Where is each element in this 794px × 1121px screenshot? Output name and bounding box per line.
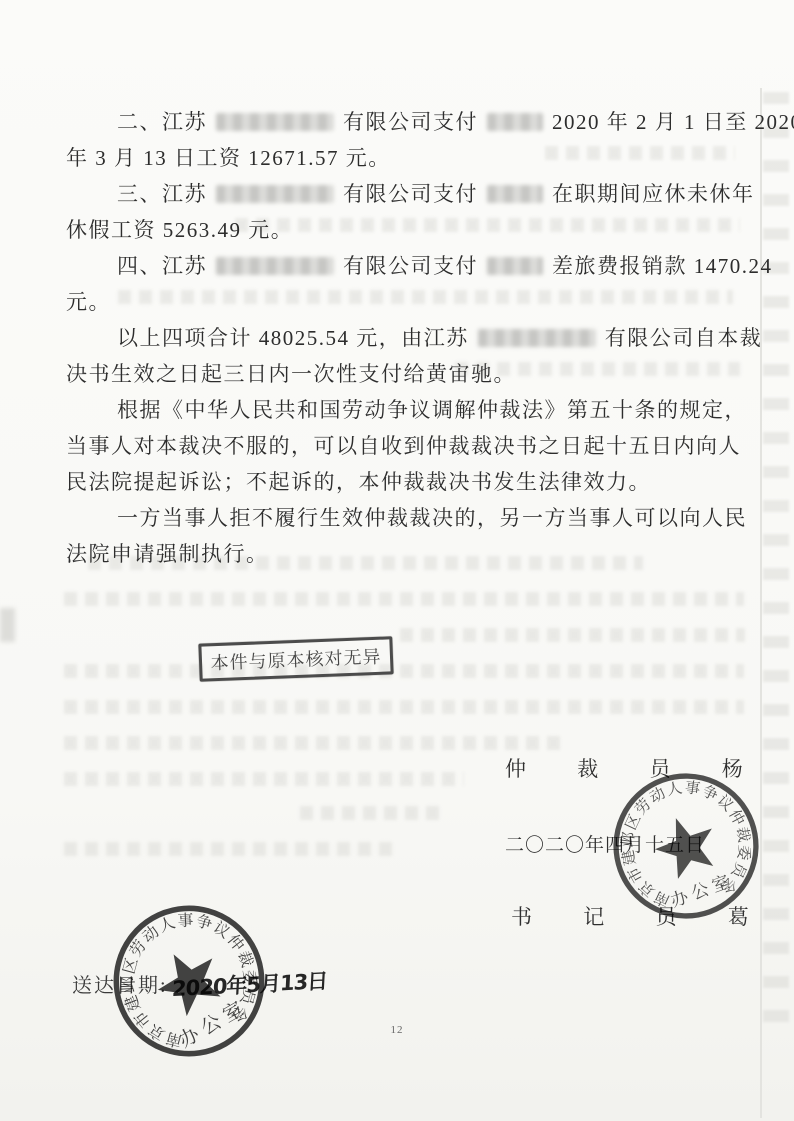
body-line: 一方当事人拒不履行生效仲裁裁决的，另一方当事人可以向人民 [117,505,747,531]
bleed-through-smudge [64,736,564,750]
verification-stamp: 本件与原本核对无异 [198,636,393,681]
bleed-through-smudge [64,772,464,786]
body-line: 根据《中华人民共和国劳动争议调解仲裁法》第五十条的规定， [117,397,747,423]
body-line: 年 3 月 13 日工资 12671.57 元。 [66,145,391,171]
redacted-person-name [487,257,543,275]
bleed-through-smudge [64,700,744,714]
body-text: 在职期间应休未休年 [552,182,755,206]
body-text: 四、江苏 [117,254,207,278]
bleed-through-smudge [400,628,745,642]
body-line: 二、江苏有限公司支付2020 年 2 月 1 日至 2020 [117,109,794,135]
bleed-through-smudge [64,842,394,856]
body-text: 差旅费报销款 1470.24 [552,254,773,278]
redacted-company-name [216,185,334,203]
bleed-through-smudge [64,664,744,678]
body-line: 民法院提起诉讼；不起诉的，本仲裁裁决书发生法律效力。 [66,469,651,495]
body-line: 三、江苏有限公司支付在职期间应休未休年 [117,181,755,207]
page-edge-line [760,88,762,1118]
seal-star-icon [647,808,724,883]
body-text: 根据《中华人民共和国劳动争议调解仲裁法》第五十条的规定， [117,398,747,422]
margin-smudge [0,608,15,642]
body-line: 决书生效之日起三日内一次性支付给黄宙驰。 [66,361,516,387]
body-line: 法院申请强制执行。 [66,541,269,567]
body-text: 民法院提起诉讼；不起诉的，本仲裁裁决书发生法律效力。 [66,470,651,494]
body-line: 以上四项合计 48025.54 元，由江苏有限公司自本裁 [117,325,762,351]
body-text: 2020 年 2 月 1 日至 2020 [552,110,794,134]
body-text: 有限公司支付 [343,254,478,278]
redacted-company-name [216,113,334,131]
bleed-through-smudge [300,806,440,820]
body-text: 有限公司支付 [343,182,478,206]
bleed-through-smudge [235,218,740,232]
body-line: 四、江苏有限公司支付差旅费报销款 1470.24 [117,253,773,279]
body-text: 有限公司支付 [343,110,478,134]
body-text: 年 3 月 13 日工资 12671.57 元。 [66,146,391,170]
body-line: 当事人对本裁决不服的，可以自收到仲裁裁决书之日起十五日内向人 [66,433,741,459]
office-round-seal: 南京市建邺区劳动人事争议仲裁委员会 办公室 [81,873,297,1089]
body-text: 一方当事人拒不履行生效仲裁裁决的，另一方当事人可以向人民 [117,506,747,530]
body-line: 元。 [66,289,111,315]
redacted-company-name [216,257,334,275]
body-text: 元。 [66,290,111,314]
body-text: 决书生效之日起三日内一次性支付给黄宙驰。 [66,362,516,386]
body-text: 三、江苏 [117,182,207,206]
body-text: 以上四项合计 48025.54 元，由江苏 [117,326,469,350]
redacted-person-name [487,113,543,131]
page-number: 12 [0,1024,794,1036]
bleed-through-smudge [118,290,733,304]
body-text: 法院申请强制执行。 [66,542,269,566]
body-text: 当事人对本裁决不服的，可以自收到仲裁裁决书之日起十五日内向人 [66,434,741,458]
redacted-person-name [487,185,543,203]
scanned-document-page: 二、江苏有限公司支付2020 年 2 月 1 日至 2020 年 3 月 13 … [0,0,794,1121]
body-text: 有限公司自本裁 [605,326,763,350]
body-text: 休假工资 5263.49 元。 [66,218,293,242]
bleed-through-smudge [545,146,735,160]
bleed-through-smudge [64,592,744,606]
verification-stamp-text: 本件与原本核对无异 [210,643,382,676]
body-line: 休假工资 5263.49 元。 [66,217,293,243]
redacted-company-name [478,329,596,347]
body-text: 二、江苏 [117,110,207,134]
